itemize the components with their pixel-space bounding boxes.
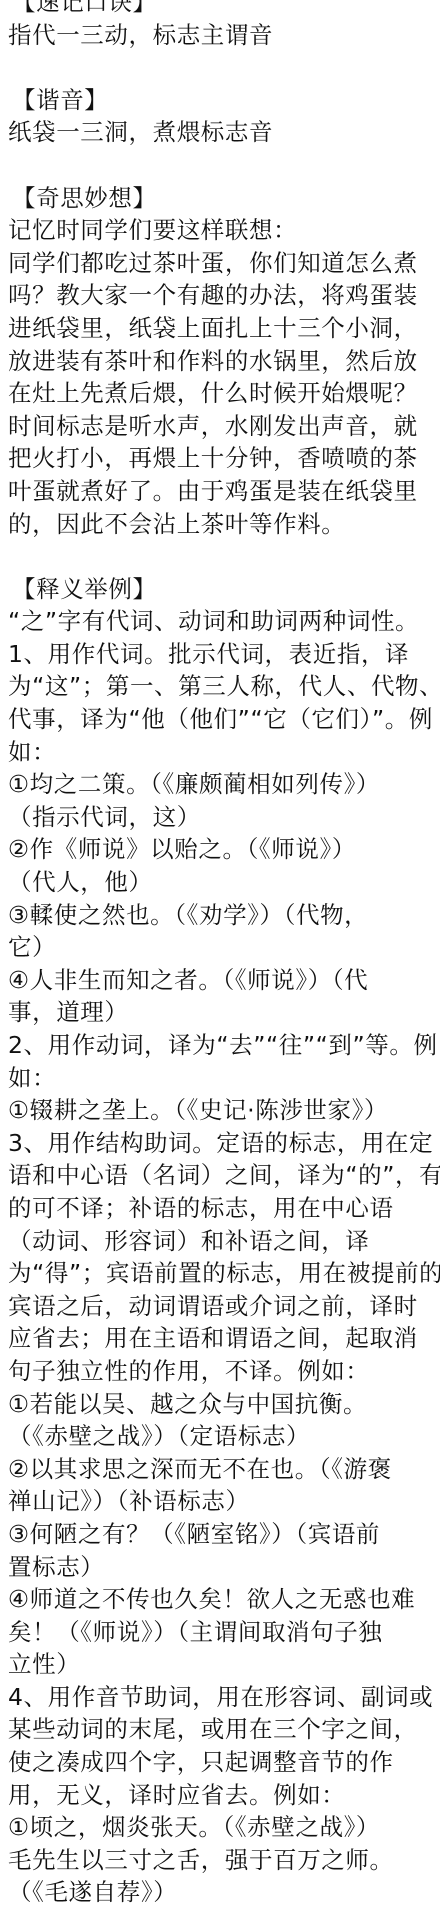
text-line: （指示代词，这） — [8, 801, 436, 834]
text-line: ②以其求思之深而无不在也。（《游褒 — [8, 1453, 436, 1486]
text-line: 语和中心语（名词）之间，译为“的”，有 — [8, 1159, 436, 1192]
text-line: ③輮使之然也。（《劝学》）（代物， — [8, 899, 436, 932]
text-line: 进纸袋里，纸袋上面扎上十三个小洞， — [8, 312, 436, 345]
text-line: 用，无义，译时应省去。例如： — [8, 1779, 436, 1812]
text-line: 立性） — [8, 1648, 436, 1681]
text-line: 同学们都吃过茶叶蛋，你们知道怎么煮 — [8, 247, 436, 280]
spacer — [8, 149, 436, 182]
text-line: 时间标志是听水声，水刚发出声音，就 — [8, 410, 436, 443]
text-line: ①若能以吴、越之众与中国抗衡。 — [8, 1388, 436, 1421]
text-line: ③何陋之有？（《陋室铭》）（宾语前 — [8, 1518, 436, 1551]
document-page: 【速记口诀】 指代一三动，标志主谓音 【谐音】 纸袋一三洞，煮煨标志音 【奇思妙… — [8, 0, 436, 1909]
text-line: 把火打小，再煨上十分钟，香喷喷的茶 — [8, 442, 436, 475]
section-heading: 【奇思妙想】 — [12, 182, 436, 215]
text-line: 使之凑成四个字，只起调整音节的作 — [8, 1746, 436, 1779]
text-line: 纸袋一三洞，煮煨标志音 — [8, 116, 436, 149]
text-line: 为“这”；第一、第三人称，代人、代物、 — [8, 670, 436, 703]
text-line: 2、用作动词，译为“去”“往”“到”等。例 — [8, 1029, 436, 1062]
text-line: 矣！（《师说》）（主谓间取消句子独 — [8, 1616, 436, 1649]
text-line: 4、用作音节助词，用在形容词、副词或 — [8, 1681, 436, 1714]
text-line: 如： — [8, 1062, 436, 1095]
text-line: （动词、形容词）和补语之间，译 — [8, 1225, 436, 1258]
text-line: 宾语之后，动词谓语或介词之前，译时 — [8, 1290, 436, 1323]
text-line: 吗？教大家一个有趣的办法，将鸡蛋装 — [8, 279, 436, 312]
text-line: 在灶上先煮后煨，什么时候开始煨呢？ — [8, 377, 436, 410]
text-line: （《赤壁之战》）（定语标志） — [8, 1420, 436, 1453]
text-line: 叶蛋就煮好了。由于鸡蛋是装在纸袋里 — [8, 475, 436, 508]
text-line: 禅山记》）（补语标志） — [8, 1485, 436, 1518]
section-heading: 【释义举例】 — [12, 573, 436, 606]
text-line: 代事，译为“他（他们”“它（它们）”。例 — [8, 703, 436, 736]
text-line: 事，道理） — [8, 996, 436, 1029]
text-line: 记忆时同学们要这样联想： — [8, 214, 436, 247]
text-line: 它） — [8, 931, 436, 964]
text-line: 为“得”；宾语前置的标志，用在被提前的 — [8, 1257, 436, 1290]
text-line: 的，因此不会沾上茶叶等作料。 — [8, 508, 436, 541]
text-line: 应省去；用在主语和谓语之间，起取消 — [8, 1322, 436, 1355]
text-line: 放进装有茶叶和作料的水锅里，然后放 — [8, 345, 436, 378]
spacer — [8, 540, 436, 573]
section-mnemonic: 【速记口诀】 指代一三动，标志主谓音 — [8, 0, 436, 51]
text-line: ④人非生而知之者。（《师说》）（代 — [8, 964, 436, 997]
text-line: 如： — [8, 736, 436, 769]
text-line: 置标志） — [8, 1551, 436, 1584]
section-homophone: 【谐音】 纸袋一三洞，煮煨标志音 — [8, 84, 436, 149]
text-line: ①辍耕之垄上。（《史记·陈涉世家》） — [8, 1094, 436, 1127]
section-imagination: 【奇思妙想】 记忆时同学们要这样联想： 同学们都吃过茶叶蛋，你们知道怎么煮 吗？… — [8, 182, 436, 541]
text-line: 3、用作结构助词。定语的标志，用在定 — [8, 1127, 436, 1160]
text-line: （代人，他） — [8, 866, 436, 899]
text-line: 1、用作代词。批示代词，表近指，译 — [8, 638, 436, 671]
text-line: 某些动词的末尾，或用在三个字之间， — [8, 1713, 436, 1746]
section-examples: 【释义举例】 “之”字有代词、动词和助词两种词性。 1、用作代词。批示代词，表近… — [8, 573, 436, 1909]
text-line: 的可不译；补语的标志，用在中心语 — [8, 1192, 436, 1225]
section-heading: 【谐音】 — [12, 84, 436, 117]
text-line: （《毛遂自荐》） — [8, 1876, 436, 1909]
spacer — [8, 51, 436, 84]
text-line: “之”字有代词、动词和助词两种词性。 — [8, 605, 436, 638]
text-line: ②作《师说》以贻之。（《师说》） — [8, 833, 436, 866]
text-line: 句子独立性的作用，不译。例如： — [8, 1355, 436, 1388]
text-line: ④师道之不传也久矣！欲人之无惑也难 — [8, 1583, 436, 1616]
text-line: ①均之二策。（《廉颇蔺相如列传》） — [8, 768, 436, 801]
text-line: ①顷之，烟炎张天。（《赤壁之战》） — [8, 1811, 436, 1844]
text-line: 毛先生以三寸之舌，强于百万之师。 — [8, 1844, 436, 1877]
text-line: 指代一三动，标志主谓音 — [8, 19, 436, 52]
section-heading: 【速记口诀】 — [12, 0, 436, 19]
